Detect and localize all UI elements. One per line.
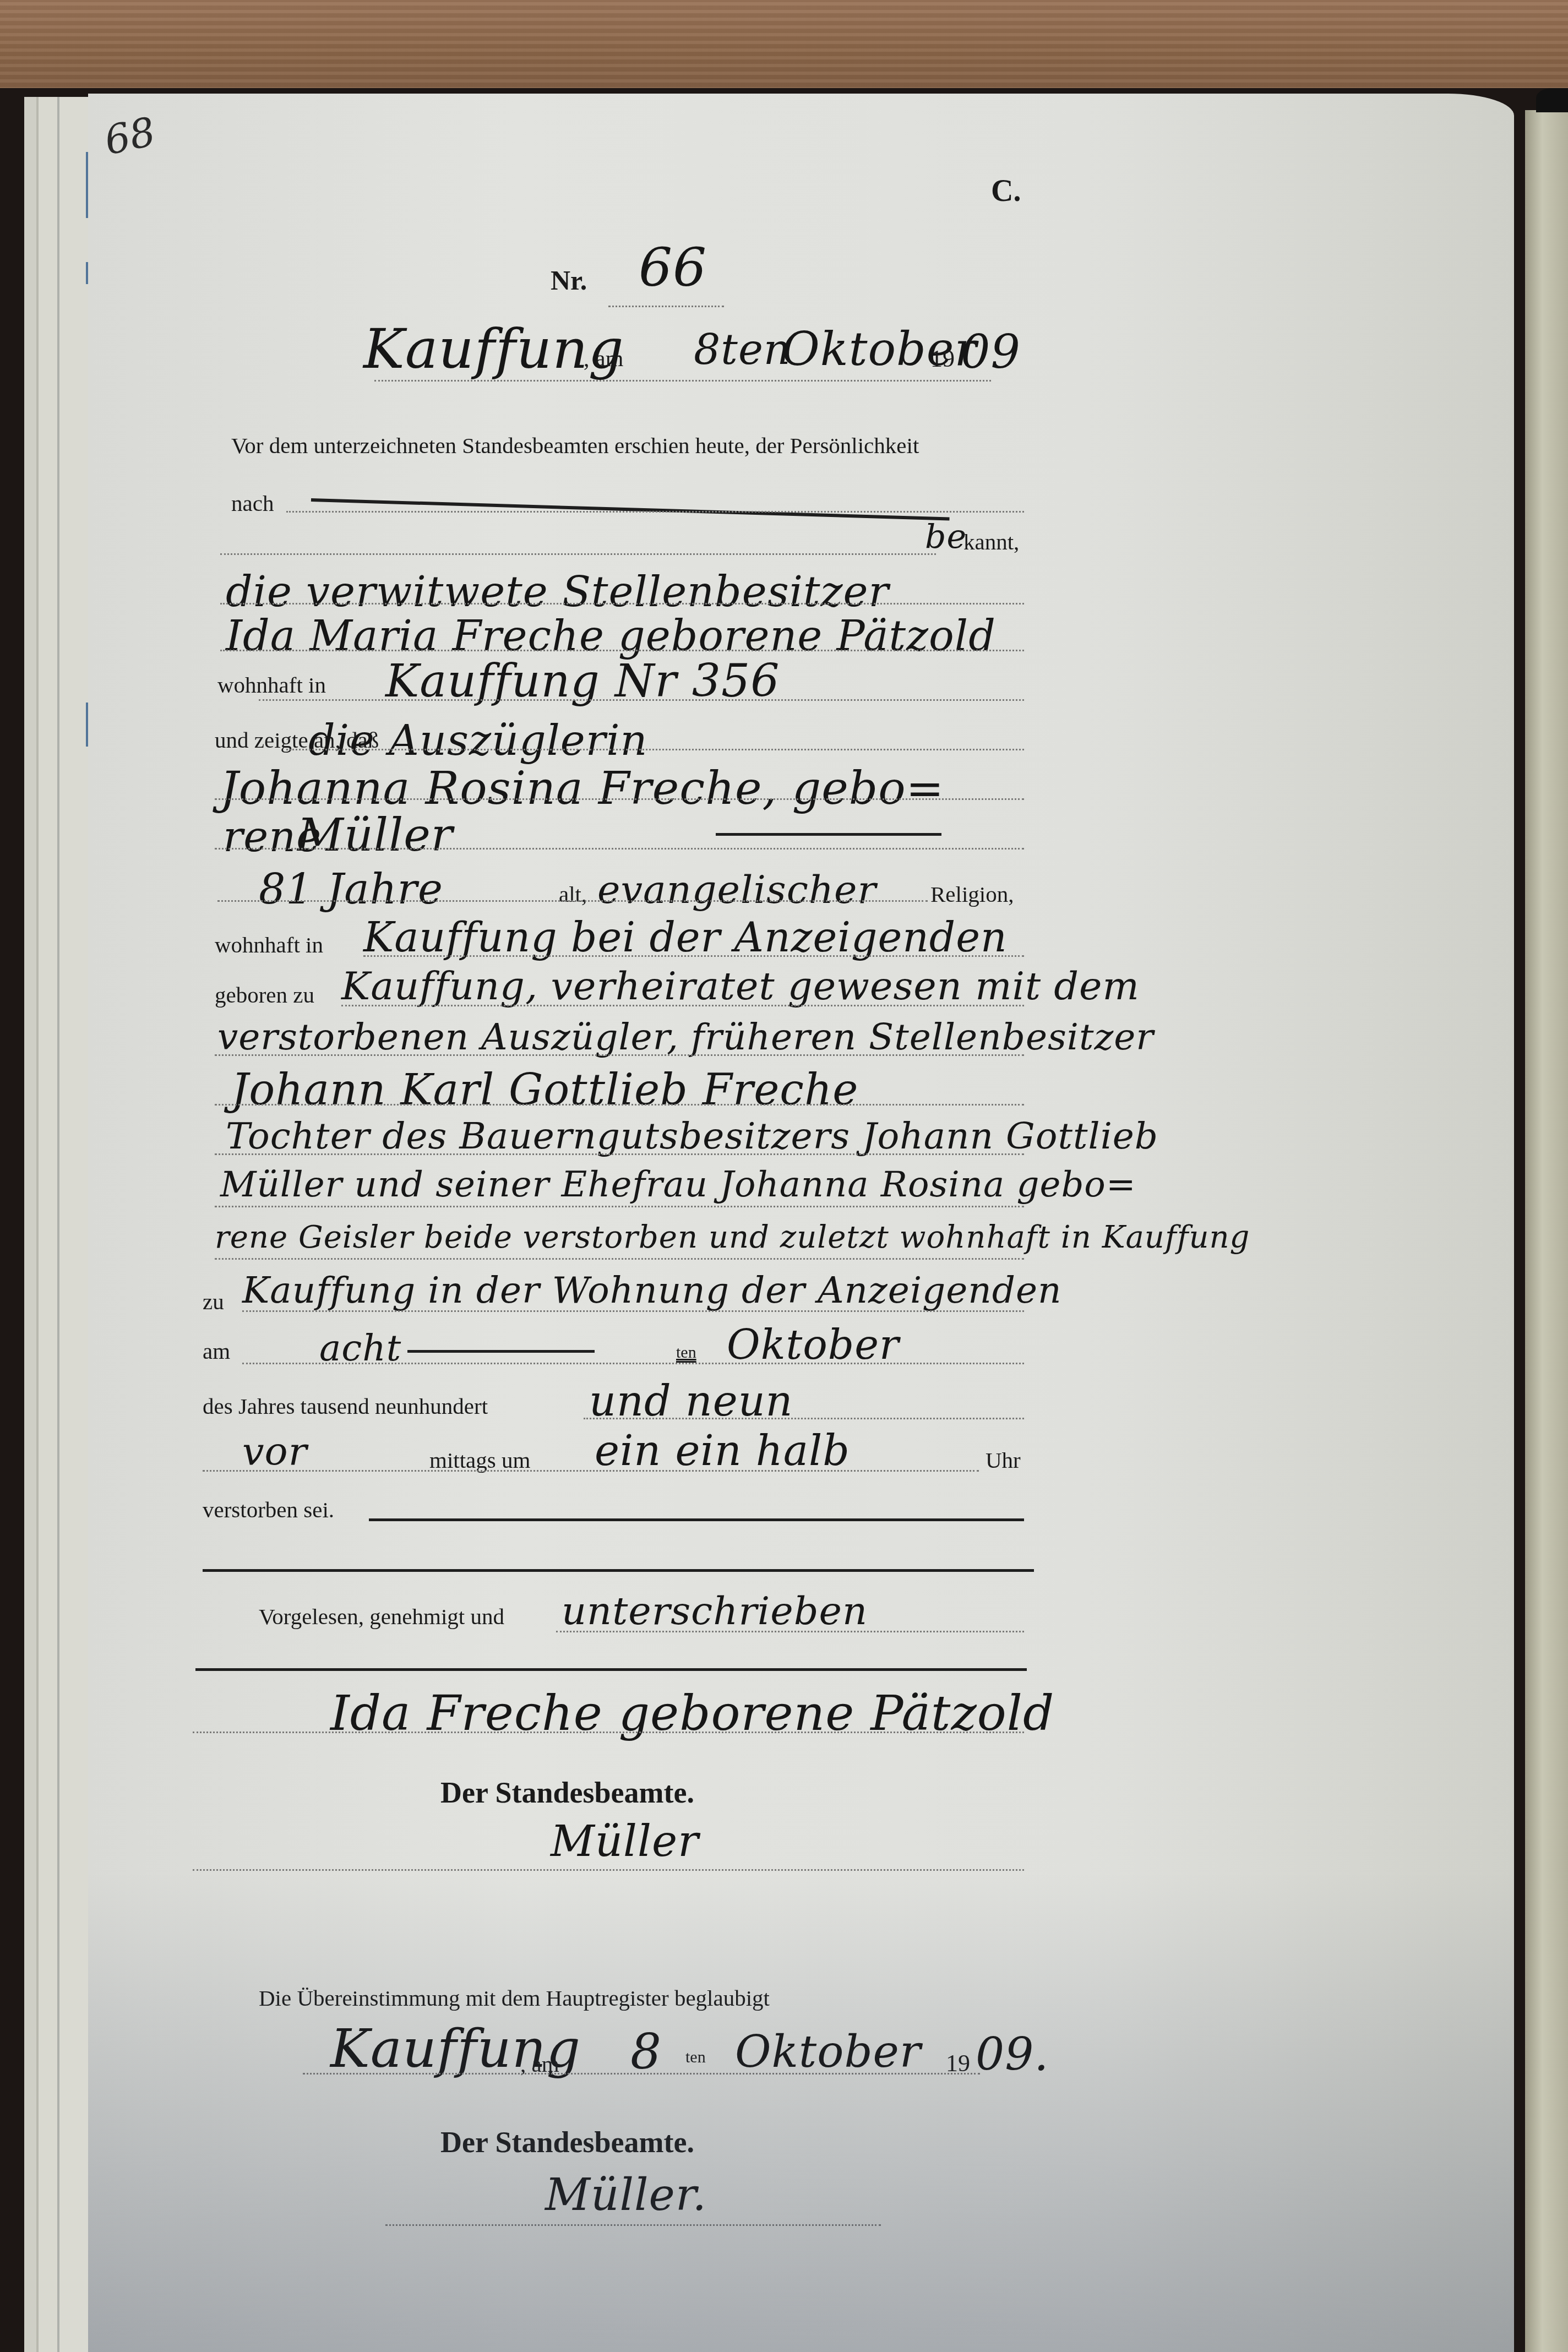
dotted-line	[203, 1470, 979, 1472]
dotted-line	[584, 1418, 1024, 1419]
dotted-line	[215, 798, 1024, 800]
book-gutter	[1525, 110, 1568, 2352]
official-title: Der Standesbeamte.	[440, 1776, 694, 1810]
dotted-line	[220, 553, 936, 555]
signature-rule	[195, 1668, 1027, 1671]
deceased-religion: evangelischer	[597, 867, 876, 912]
entry-number-label: Nr.	[551, 264, 587, 296]
bekannt-print: kannt,	[963, 529, 1019, 555]
dotted-line	[215, 848, 1024, 850]
geboren-label: geboren zu	[215, 982, 314, 1008]
vorgelesen-label: Vorgelesen, genehmigt und	[259, 1603, 504, 1630]
certification-day: 8	[630, 2023, 662, 2080]
dotted-line	[220, 650, 1024, 651]
form-letter: C.	[991, 173, 1021, 209]
intro-text: Vor dem unterzeichneten Standesbeamten e…	[231, 432, 919, 459]
deceased-parents-line-3: rene Geisler beide verstorben und zuletz…	[215, 1219, 1250, 1255]
deceased-maiden-name: Müller	[297, 809, 453, 862]
certification-year-suffix: 09.	[976, 2029, 1049, 2081]
certification-official-title: Der Standesbeamte.	[440, 2125, 694, 2159]
certification-text: Die Übereinstimmung mit dem Hauptregiste…	[259, 1985, 770, 2011]
certification-ten-label: ten	[685, 2048, 706, 2067]
deceased-birthplace: Kauffung, verheiratet gewesen mit dem	[341, 963, 1140, 1009]
entry-am-label: , am	[584, 346, 623, 372]
dotted-line	[286, 749, 1024, 750]
dotted-line	[374, 380, 991, 382]
entry-date-day: 8ten	[694, 325, 791, 374]
dotted-line	[217, 900, 928, 902]
filler-line	[407, 1350, 595, 1353]
cover-corner	[1536, 88, 1568, 112]
dotted-line	[193, 1869, 1024, 1871]
deceased-age: 81 Jahre	[259, 864, 443, 913]
bekannt-hand: be	[925, 518, 967, 556]
dotted-line	[220, 603, 1024, 605]
alt-label: alt,	[559, 881, 587, 907]
dotted-line	[259, 699, 1024, 701]
deceased-line-1: die Auszüglerin	[308, 716, 647, 765]
jahres-label: des Jahres tausend neunhundert	[203, 1393, 488, 1419]
death-month: Oktober	[727, 1321, 899, 1369]
dotted-line	[215, 1206, 1024, 1207]
uhr-label: Uhr	[986, 1447, 1021, 1473]
dotted-line	[215, 1258, 1024, 1260]
vorgelesen-value: unterschrieben	[562, 1588, 868, 1634]
official-signature: Müller	[551, 1817, 699, 1866]
dotted-line	[363, 955, 1024, 957]
dotted-line	[215, 1054, 1024, 1056]
page-stack-edge	[24, 97, 90, 2352]
am-label: am	[203, 1338, 230, 1364]
filler-line	[369, 1518, 1024, 1521]
death-time: ein ein halb	[595, 1426, 850, 1475]
informant-line-2: Ida Maria Freche geborene Pätzold	[226, 611, 996, 660]
deceased-wohnhaft-label: wohnhaft in	[215, 932, 323, 958]
certification-official-signature: Müller.	[545, 2169, 707, 2220]
closing-rule	[203, 1569, 1034, 1572]
dotted-line	[341, 1005, 1024, 1006]
dotted-line	[242, 1310, 1024, 1312]
deceased-parents-line-2: Müller und seiner Ehefrau Johanna Rosina…	[220, 1164, 1136, 1205]
informant-line-1: die verwitwete Stellenbesitzer	[226, 567, 889, 616]
dotted-line	[242, 1363, 1024, 1364]
verstorben-label: verstorben sei.	[203, 1496, 334, 1523]
dotted-line	[303, 2073, 980, 2075]
ampm-value: vor	[242, 1429, 307, 1474]
mittags-label: mittags um	[429, 1447, 530, 1473]
deceased-spouse-line-1: verstorbenen Auszügler, früheren Stellen…	[217, 1016, 1154, 1058]
deceased-parents-line-1: Tochter des Bauerngutsbesitzers Johann G…	[226, 1115, 1158, 1157]
dotted-line	[385, 2224, 881, 2226]
religion-label: Religion,	[930, 881, 1014, 907]
entry-year-suffix: 09	[961, 325, 1021, 379]
deceased-line-2: Johanna Rosina Freche, gebo=	[220, 763, 944, 815]
deceased-spouse-line-2: Johann Karl Gottlieb Freche	[231, 1065, 858, 1115]
nach-label: nach	[231, 490, 274, 516]
zu-label: zu	[203, 1288, 224, 1315]
informant-wohnhaft-label: wohnhaft in	[217, 672, 326, 698]
entry-number: 66	[639, 237, 707, 298]
death-place: Kauffung in der Wohnung der Anzeigenden	[242, 1269, 1062, 1311]
dotted-line	[193, 1732, 1024, 1733]
dotted-line	[215, 1104, 1024, 1106]
ten-label: ten	[676, 1343, 696, 1362]
dotted-line	[608, 306, 724, 307]
dotted-line	[556, 1631, 1024, 1632]
deceased-residence: Kauffung bei der Anzeigenden	[363, 914, 1008, 961]
dotted-line	[286, 511, 1024, 513]
certification-month: Oktober	[735, 2026, 921, 2077]
filler-line	[716, 833, 941, 836]
dotted-line	[215, 1153, 1024, 1155]
entry-year-prefix: 19	[930, 345, 955, 373]
